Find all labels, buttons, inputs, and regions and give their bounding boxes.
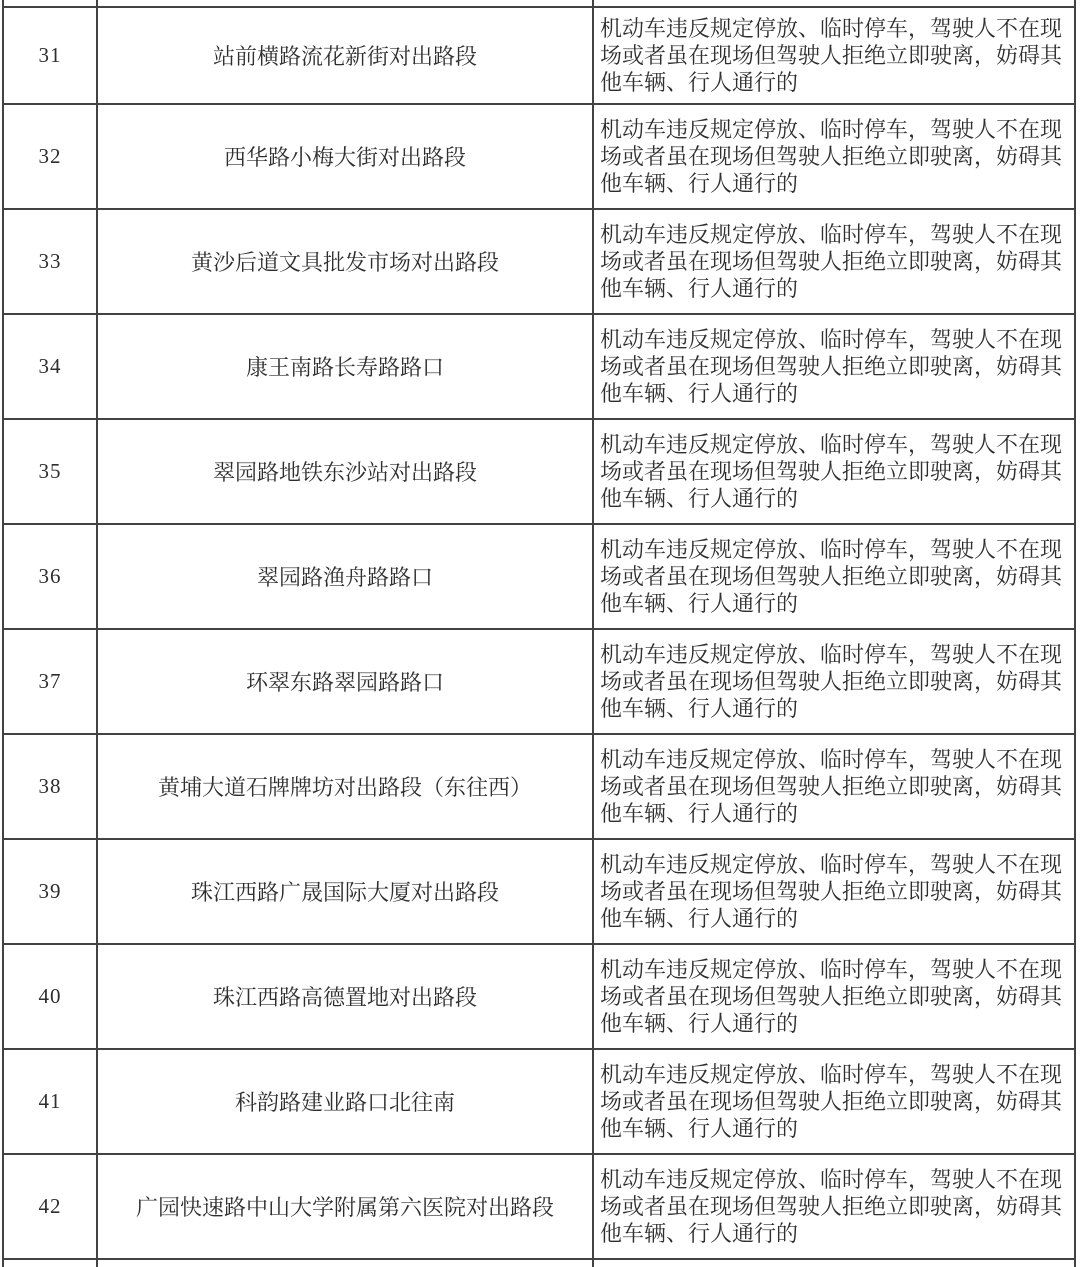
row-location: 珠江西路高德置地对出路段 (98, 945, 594, 1048)
cutoff-cell-location (98, 1260, 594, 1267)
table-row: 31 站前横路流花新街对出路段 机动车违反规定停放、临时停车，驾驶人不在现场或者… (2, 8, 1076, 105)
table-row: 42 广园快速路中山大学附属第六医院对出路段 机动车违反规定停放、临时停车，驾驶… (2, 1155, 1076, 1260)
row-description: 机动车违反规定停放、临时停车，驾驶人不在现场或者虽在现场但驾驶人拒绝立即驶离，妨… (594, 8, 1076, 103)
table-row: 37 环翠东路翠园路路口 机动车违反规定停放、临时停车，驾驶人不在现场或者虽在现… (2, 630, 1076, 735)
row-description: 机动车违反规定停放、临时停车，驾驶人不在现场或者虽在现场但驾驶人拒绝立即驶离，妨… (594, 840, 1076, 943)
row-location: 西华路小梅大街对出路段 (98, 105, 594, 208)
document-page: 31 站前横路流花新街对出路段 机动车违反规定停放、临时停车，驾驶人不在现场或者… (0, 0, 1080, 1267)
row-description: 机动车违反规定停放、临时停车，驾驶人不在现场或者虽在现场但驾驶人拒绝立即驶离，妨… (594, 420, 1076, 523)
row-location: 科韵路建业路口北往南 (98, 1050, 594, 1153)
row-location: 站前横路流花新街对出路段 (98, 8, 594, 103)
row-description: 机动车违反规定停放、临时停车，驾驶人不在现场或者虽在现场但驾驶人拒绝立即驶离，妨… (594, 630, 1076, 733)
table-cutoff-row-bottom (2, 1260, 1076, 1267)
table-cutoff-row-top (2, 0, 1076, 8)
row-number: 35 (2, 420, 98, 523)
row-number: 40 (2, 945, 98, 1048)
row-description: 机动车违反规定停放、临时停车，驾驶人不在现场或者虽在现场但驾驶人拒绝立即驶离，妨… (594, 1155, 1076, 1258)
row-location: 黄沙后道文具批发市场对出路段 (98, 210, 594, 313)
row-description: 机动车违反规定停放、临时停车，驾驶人不在现场或者虽在现场但驾驶人拒绝立即驶离，妨… (594, 735, 1076, 838)
row-description: 机动车违反规定停放、临时停车，驾驶人不在现场或者虽在现场但驾驶人拒绝立即驶离，妨… (594, 945, 1076, 1048)
row-number: 32 (2, 105, 98, 208)
row-description: 机动车违反规定停放、临时停车，驾驶人不在现场或者虽在现场但驾驶人拒绝立即驶离，妨… (594, 315, 1076, 418)
table-row: 35 翠园路地铁东沙站对出路段 机动车违反规定停放、临时停车，驾驶人不在现场或者… (2, 420, 1076, 525)
table-row: 41 科韵路建业路口北往南 机动车违反规定停放、临时停车，驾驶人不在现场或者虽在… (2, 1050, 1076, 1155)
row-location: 环翠东路翠园路路口 (98, 630, 594, 733)
row-location: 康王南路长寿路路口 (98, 315, 594, 418)
table-row: 33 黄沙后道文具批发市场对出路段 机动车违反规定停放、临时停车，驾驶人不在现场… (2, 210, 1076, 315)
table-row: 32 西华路小梅大街对出路段 机动车违反规定停放、临时停车，驾驶人不在现场或者虽… (2, 105, 1076, 210)
row-number: 31 (2, 8, 98, 103)
row-number: 42 (2, 1155, 98, 1258)
row-location: 翠园路地铁东沙站对出路段 (98, 420, 594, 523)
cutoff-cell-location (98, 0, 594, 6)
cutoff-cell-number (2, 0, 98, 6)
row-number: 39 (2, 840, 98, 943)
cutoff-cell-description (594, 1260, 1076, 1267)
row-location: 黄埔大道石牌牌坊对出路段（东往西） (98, 735, 594, 838)
row-description: 机动车违反规定停放、临时停车，驾驶人不在现场或者虽在现场但驾驶人拒绝立即驶离，妨… (594, 105, 1076, 208)
row-description: 机动车违反规定停放、临时停车，驾驶人不在现场或者虽在现场但驾驶人拒绝立即驶离，妨… (594, 1050, 1076, 1153)
row-number: 41 (2, 1050, 98, 1153)
row-location: 翠园路渔舟路路口 (98, 525, 594, 628)
table-row: 34 康王南路长寿路路口 机动车违反规定停放、临时停车，驾驶人不在现场或者虽在现… (2, 315, 1076, 420)
table-row: 39 珠江西路广晟国际大厦对出路段 机动车违反规定停放、临时停车，驾驶人不在现场… (2, 840, 1076, 945)
cutoff-cell-description (594, 0, 1076, 6)
row-number: 33 (2, 210, 98, 313)
row-location: 珠江西路广晟国际大厦对出路段 (98, 840, 594, 943)
row-description: 机动车违反规定停放、临时停车，驾驶人不在现场或者虽在现场但驾驶人拒绝立即驶离，妨… (594, 210, 1076, 313)
cutoff-cell-number (2, 1260, 98, 1267)
violations-table: 31 站前横路流花新街对出路段 机动车违反规定停放、临时停车，驾驶人不在现场或者… (2, 0, 1076, 1267)
row-location: 广园快速路中山大学附属第六医院对出路段 (98, 1155, 594, 1258)
table-row: 40 珠江西路高德置地对出路段 机动车违反规定停放、临时停车，驾驶人不在现场或者… (2, 945, 1076, 1050)
table-row: 38 黄埔大道石牌牌坊对出路段（东往西） 机动车违反规定停放、临时停车，驾驶人不… (2, 735, 1076, 840)
row-number: 34 (2, 315, 98, 418)
table-row: 36 翠园路渔舟路路口 机动车违反规定停放、临时停车，驾驶人不在现场或者虽在现场… (2, 525, 1076, 630)
row-number: 36 (2, 525, 98, 628)
violations-table-body: 31 站前横路流花新街对出路段 机动车违反规定停放、临时停车，驾驶人不在现场或者… (2, 8, 1076, 1260)
row-number: 38 (2, 735, 98, 838)
row-number: 37 (2, 630, 98, 733)
row-description: 机动车违反规定停放、临时停车，驾驶人不在现场或者虽在现场但驾驶人拒绝立即驶离，妨… (594, 525, 1076, 628)
